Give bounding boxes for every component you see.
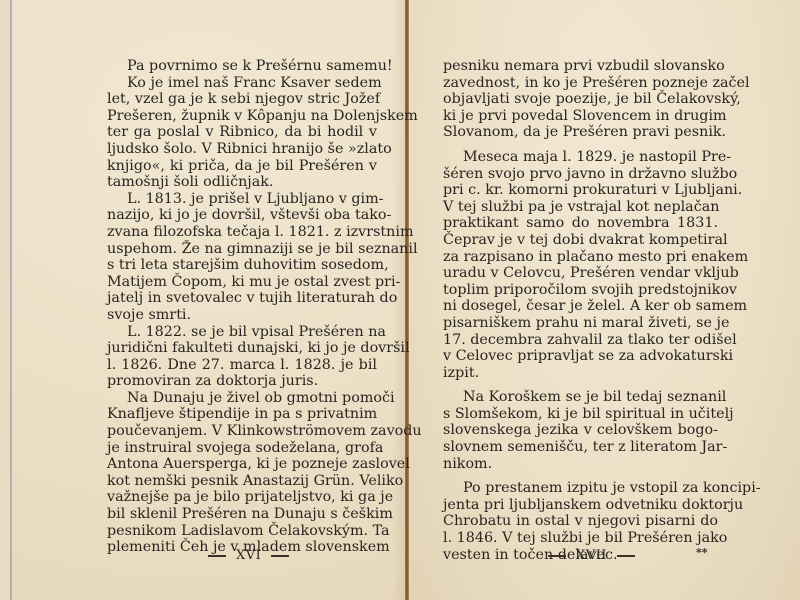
page-edge-line <box>10 0 12 600</box>
right-page-text: pesniku nemara prvi vzbudil slovanskozav… <box>443 58 718 563</box>
text-line: Antona Auersperga, ki je pozneje zaslove… <box>107 456 377 473</box>
text-line: važnejše pa je bilo prijateljstvo, ki ga… <box>107 489 377 506</box>
text-line: poučevanjem. V Klinkowströmovem zavodu <box>107 423 377 440</box>
book-spine <box>405 0 409 600</box>
text-line: je instruiral svojega sodeželana, grofa <box>107 440 377 457</box>
text-line: zavednost, in ko je Prešéren pozneje zač… <box>443 75 718 92</box>
text-line: Prešeren, župnik v Kôpanju na Dolenjskem <box>107 108 377 125</box>
text-line: L. 1813. je prišel v Ljubljano v gim- <box>107 191 377 208</box>
text-line: 17. decembra zahvalil za tlako ter odiše… <box>443 332 718 349</box>
text-line: let, vzel ga je k sebi njegov stric Jože… <box>107 91 377 108</box>
folio-label: XVII <box>576 548 607 563</box>
folio-label: XVI <box>236 548 261 563</box>
text-line: l. 1846. V tej službi je bil Prešéren ja… <box>443 530 718 547</box>
folio-dash <box>208 555 226 557</box>
text-line: tamošnji šoli odličnjak. <box>107 174 377 191</box>
text-line: svoje smrti. <box>107 307 377 324</box>
text-line: šéren svojo prvo javno in državno službo <box>443 166 718 183</box>
book-spread: Pa povrnimo se k Prešérnu samemu!Ko je i… <box>0 0 800 600</box>
text-line: V tej službi pa je vstrajal kot neplačan <box>443 199 718 216</box>
text-line: ter ga poslal v Ribnico, da bi hodil v <box>107 124 377 141</box>
text-line: nikom. <box>443 456 718 473</box>
text-line: Slovanom, da je Prešéren pravi pesnik. <box>443 124 718 141</box>
text-line: Matijem Čopom, ki mu je ostal zvest pri- <box>107 274 377 291</box>
text-line: Čeprav je v tej dobi dvakrat kompetiral <box>443 232 718 249</box>
text-line: knjigo«, ki priča, da je bil Prešéren v <box>107 158 377 175</box>
text-line: jatelj in svetovalec v tujih literaturah… <box>107 290 377 307</box>
text-line: praktikant samo do novembra 1831. <box>443 215 718 232</box>
text-line: v Celovec pripravljat se za advokaturski <box>443 348 718 365</box>
text-line: juridični fakulteti dunajski, ki jo je d… <box>107 340 377 357</box>
text-line: slovenskega jezika v celovškem bogo- <box>443 422 718 439</box>
text-line: ki je prvi povedal Slovencem in drugim <box>443 108 718 125</box>
text-line: pesniku nemara prvi vzbudil slovansko <box>443 58 718 75</box>
text-line: Po prestanem izpitu je vstopil za koncip… <box>443 480 718 497</box>
text-line: Meseca maja l. 1829. je nastopil Pre- <box>443 149 718 166</box>
folio-dash <box>617 555 635 557</box>
text-line: L. 1822. se je bil vpisal Prešéren na <box>107 324 377 341</box>
right-page-number: XVII <box>538 548 645 563</box>
text-line: pri c. kr. komorni prokuraturi v Ljublja… <box>443 182 718 199</box>
left-page-text: Pa povrnimo se k Prešérnu samemu!Ko je i… <box>107 58 377 556</box>
signature-mark: ** <box>696 546 708 559</box>
text-line: uspehom. Že na gimnaziji se je bil sezna… <box>107 241 377 258</box>
left-margin-strip <box>0 0 10 600</box>
text-line: s tri leta starejšim duhovitim sosedom, <box>107 257 377 274</box>
text-line: Na Koroškem se je bil tedaj seznanil <box>443 389 718 406</box>
text-line: Chrobatu in ostal v njegovi pisarni do <box>443 513 718 530</box>
text-line: ni dosegel, česar je želel. A ker ob sam… <box>443 298 718 315</box>
text-line: l. 1826. Dne 27. marca l. 1828. je bil <box>107 357 377 374</box>
text-line: ljudsko šolo. V Ribnici hranijo še »zlat… <box>107 141 377 158</box>
text-line: slovnem semenišču, ter z literatom Jar- <box>443 439 718 456</box>
folio-dash <box>548 555 566 557</box>
text-line: Pa povrnimo se k Prešérnu samemu! <box>107 58 377 75</box>
text-line: izpit. <box>443 365 718 382</box>
text-line: pisarniškem prahu ni maral živeti, se je <box>443 315 718 332</box>
text-line: Na Dunaju je živel ob gmotni pomoči <box>107 390 377 407</box>
text-line: objavljati svoje poezije, je bil Čelakov… <box>443 91 718 108</box>
left-page-number: XVI <box>198 548 299 563</box>
text-line: za razpisano in plačano mesto pri enakem <box>443 249 718 266</box>
text-line: zvana filozofska tečaja l. 1821. z izvrs… <box>107 224 377 241</box>
text-line: kot nemški pesnik Anastazij Grün. Veliko <box>107 473 377 490</box>
text-line: jenta pri ljubljanskem odvetniku doktorj… <box>443 497 718 514</box>
text-line: uradu v Celovcu, Prešéren vendar vkljub <box>443 265 718 282</box>
text-line: bil sklenil Prešéren na Dunaju s češkim <box>107 506 377 523</box>
text-line: Knafljeve štipendije in pa s privatnim <box>107 406 377 423</box>
text-line: toplim priporočilom svojih predstojnikov <box>443 282 718 299</box>
text-line: pesnikom Ladislavom Čelakovským. Ta <box>107 523 377 540</box>
text-line: s Slomšekom, ki je bil spiritual in učit… <box>443 406 718 423</box>
text-line: nazijo, ki jo je dovršil, vštevši oba ta… <box>107 207 377 224</box>
folio-dash <box>271 555 289 557</box>
text-line: promoviran za doktorja juris. <box>107 373 377 390</box>
text-line: Ko je imel naš Franc Ksaver sedem <box>107 75 377 92</box>
